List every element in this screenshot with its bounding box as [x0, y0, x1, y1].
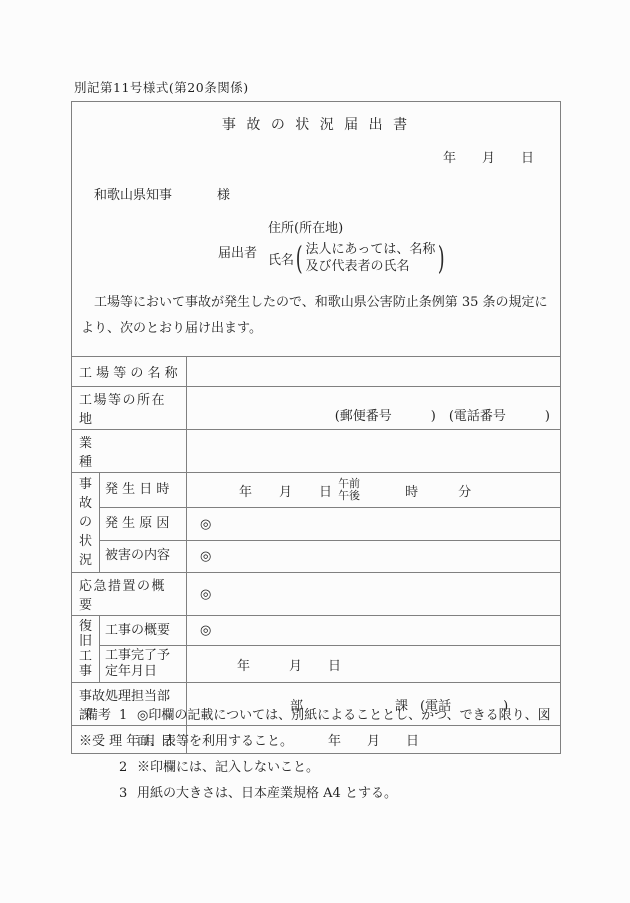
remark-number: 2 [119, 755, 127, 781]
corporate-note: 法人にあっては、名称 及び代表者の氏名 [303, 241, 439, 275]
remark-text: ※印欄には、記入しないこと。 [137, 760, 319, 775]
hour-label: 時 [405, 481, 418, 500]
occurrence-datetime-field: 年 月 日 午前 午後 時 分 [187, 473, 561, 508]
day-label: 日 [319, 481, 332, 500]
row-work-outline: 復旧工事 工事の概要 ◎ [72, 616, 561, 646]
corporate-note-line1: 法人にあっては、名称 [306, 241, 436, 258]
work-outline-field: ◎ [187, 616, 561, 646]
remark-item: 3 用紙の大きさは、日本産業規格 A4 とする。 [118, 781, 552, 807]
am-pm-stack: 午前 午後 [338, 478, 360, 502]
work-completion-label: 工事完了予定年月日 [100, 646, 187, 683]
occurrence-datetime-label: 発 生 日 時 [100, 473, 187, 508]
row-work-completion: 工事完了予定年月日 年 月 日 [72, 646, 561, 683]
factory-name-label: 工 場 等 の 名 称 [72, 357, 187, 387]
form-box: 事 故 の 状 況 届 出 書 年 月 日 和歌山県知事 様 届出者 住所(所在… [71, 101, 561, 754]
form-table: 工 場 等 の 名 称 工場等の所在地 (郵便番号 ) (電話番号 ) 業 種 … [71, 356, 561, 754]
restoration-group-label: 復旧工事 [72, 616, 100, 683]
close-paren: ) [438, 239, 445, 277]
row-occurrence-datetime: 事故の状況 発 生 日 時 年 月 日 午前 午後 時 分 [72, 473, 561, 508]
addressee-row: 和歌山県知事 様 [72, 184, 560, 203]
remark-text: ◎印欄の記載については、別紙によることとし、かつ、できる限り、図面、表等を利用す… [137, 708, 551, 749]
damage-field: ◎ [187, 540, 561, 572]
open-paren: ( [296, 239, 303, 277]
datetime-tokens: 年 月 日 午前 午後 時 分 [194, 478, 553, 502]
remarks-section: 備考 1 ◎印欄の記載については、別紙によることとし、かつ、できる限り、図面、表… [85, 703, 552, 807]
addressee: 和歌山県知事 [94, 184, 172, 203]
remark-item: 2 ※印欄には、記入しないこと。 [118, 755, 552, 781]
month-label: 月 [279, 481, 292, 500]
industry-field [187, 430, 561, 473]
form-id-label: 別記第11号様式(第20条関係) [74, 78, 249, 96]
declaration-statement: 工場等において事故が発生したので、和歌山県公害防止条例第 35 条の規定により、… [81, 290, 551, 342]
remarks-heading: 備考 [85, 703, 111, 807]
cause-label: 発 生 原 因 [100, 508, 187, 540]
document-page: 別記第11号様式(第20条関係) 事 故 の 状 況 届 出 書 年 月 日 和… [0, 0, 630, 903]
accident-status-group-label: 事故の状況 [72, 473, 100, 573]
row-emergency-measures: 応急措置の概要 ◎ [72, 573, 561, 616]
corporate-note-line2: 及び代表者の氏名 [306, 258, 436, 275]
industry-label: 業 種 [72, 430, 187, 473]
factory-address-field: (郵便番号 ) (電話番号 ) [187, 387, 561, 430]
work-completion-field: 年 月 日 [187, 646, 561, 683]
pm-label: 午後 [338, 490, 360, 502]
emergency-measures-label: 応急措置の概要 [72, 573, 187, 616]
declarant-label: 届出者 [218, 242, 257, 277]
form-title: 事 故 の 状 況 届 出 書 [72, 114, 560, 134]
row-cause: 発 生 原 因 ◎ [72, 508, 561, 540]
work-outline-label: 工事の概要 [100, 616, 187, 646]
declarant-name-row: 氏名 ( 法人にあっては、名称 及び代表者の氏名 ) [268, 239, 445, 277]
year-label: 年 [239, 481, 252, 500]
declarant-address-label: 住所(所在地) [268, 217, 445, 236]
remarks-list: 1 ◎印欄の記載については、別紙によることとし、かつ、できる限り、図面、表等を利… [118, 703, 552, 807]
emergency-measures-field: ◎ [187, 573, 561, 616]
remark-text: 用紙の大きさは、日本産業規格 A4 とする。 [137, 786, 397, 801]
remark-number: 3 [119, 781, 127, 807]
declarant-block: 届出者 住所(所在地) 氏名 ( 法人にあっては、名称 及び代表者の氏名 ) [72, 217, 560, 277]
date-line: 年 月 日 [72, 147, 560, 166]
row-industry: 業 種 [72, 430, 561, 473]
factory-address-label: 工場等の所在地 [72, 387, 187, 430]
honorific: 様 [217, 184, 230, 203]
row-damage: 被害の内容 ◎ [72, 540, 561, 572]
minute-label: 分 [458, 481, 471, 500]
damage-label: 被害の内容 [100, 540, 187, 572]
cause-field: ◎ [187, 508, 561, 540]
declarant-fields: 住所(所在地) 氏名 ( 法人にあっては、名称 及び代表者の氏名 ) [268, 217, 445, 277]
factory-name-field [187, 357, 561, 387]
remark-number: 1 [119, 703, 127, 729]
declarant-name-label: 氏名 [268, 249, 294, 268]
row-factory-address: 工場等の所在地 (郵便番号 ) (電話番号 ) [72, 387, 561, 430]
row-factory-name: 工 場 等 の 名 称 [72, 357, 561, 387]
remark-item: 1 ◎印欄の記載については、別紙によることとし、かつ、できる限り、図面、表等を利… [118, 703, 552, 755]
